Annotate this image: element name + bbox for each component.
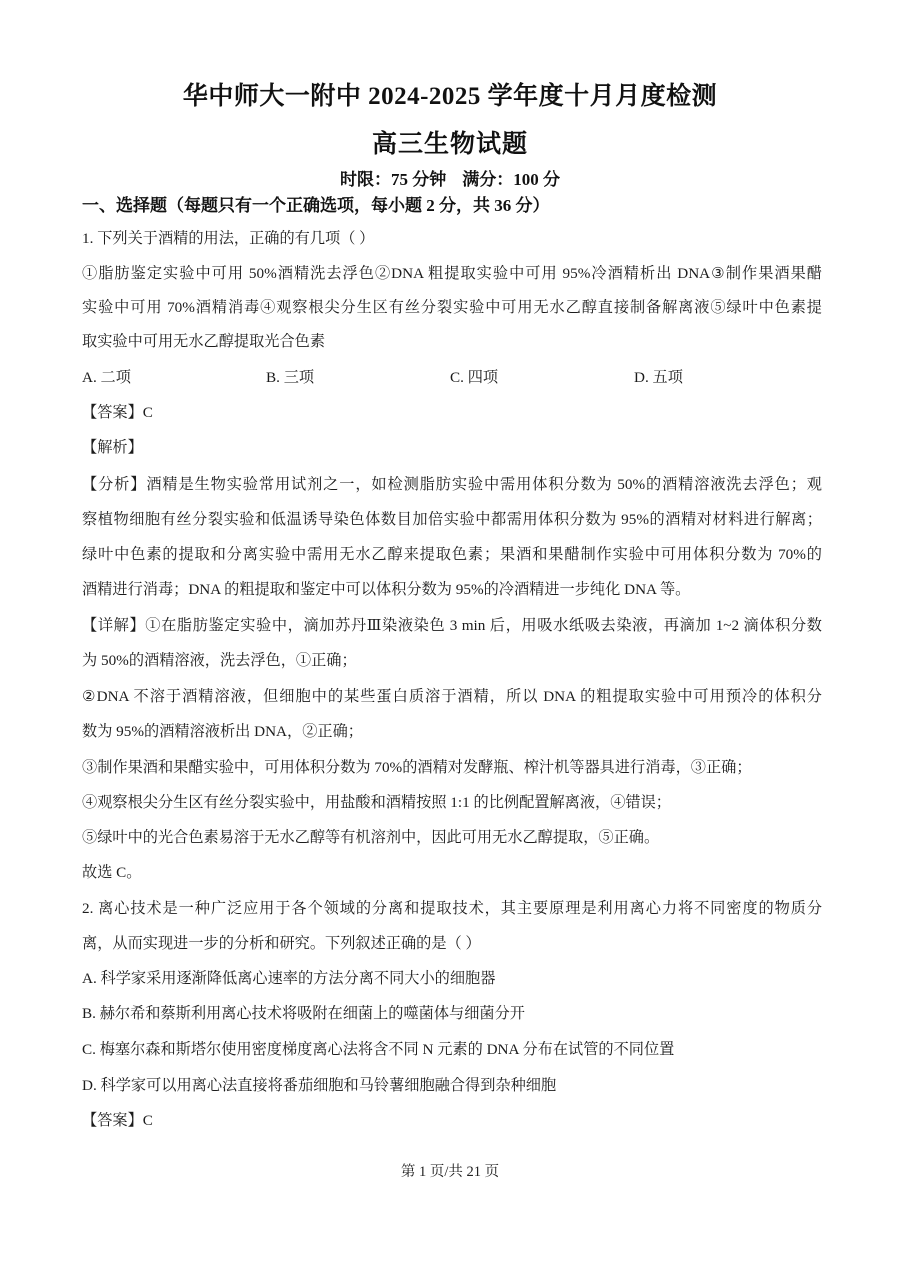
analysis-line: 绿叶中色素的提取和分离实验中需用无水乙醇来提取色素；果酒和果醋制作实验中可用体积… bbox=[82, 545, 822, 565]
option-a: A. 科学家采用逐渐降低离心速率的方法分离不同大小的细胞器 bbox=[82, 969, 822, 989]
option-b: B. 赫尔希和蔡斯利用离心技术将吸附在细菌上的噬菌体与细菌分开 bbox=[82, 1004, 822, 1024]
option-c: C. 梅塞尔森和斯塔尔使用密度梯度离心法将含不同 N 元素的 DNA 分布在试管… bbox=[82, 1040, 822, 1060]
document-subtitle: 高三生物试题 bbox=[0, 124, 900, 160]
detail-line: 【详解】①在脂肪鉴定实验中，滴加苏丹Ⅲ染液染色 3 min 后，用吸水纸吸去染液… bbox=[82, 616, 822, 636]
document-title: 华中师大一附中 2024-2025 学年度十月月度检测 bbox=[0, 76, 900, 112]
analysis-heading: 【解析】 bbox=[82, 438, 822, 458]
detail-line: ②DNA 不溶于酒精溶液，但细胞中的某些蛋白质溶于酒精，所以 DNA 的粗提取实… bbox=[82, 687, 822, 707]
time-limit: 时限：75 分钟 bbox=[340, 170, 446, 189]
question-stem: 2. 离心技术是一种广泛应用于各个领域的分离和提取技术，其主要原理是利用离心力将… bbox=[82, 899, 822, 919]
option-b: B. 三项 bbox=[266, 368, 314, 388]
answer: 【答案】C bbox=[82, 403, 822, 423]
page-footer: 第 1 页/共 21 页 bbox=[0, 1160, 900, 1181]
detail-line: ⑤绿叶中的光合色素易溶于无水乙醇等有机溶剂中，因此可用无水乙醇提取，⑤正确。 bbox=[82, 828, 822, 848]
option-d: D. 科学家可以用离心法直接将番茄细胞和马铃薯细胞融合得到杂种细胞 bbox=[82, 1076, 822, 1096]
analysis-line: 【分析】酒精是生物实验常用试剂之一，如检测脂肪实验中需用体积分数为 50%的酒精… bbox=[82, 475, 822, 495]
question-stem: 离，从而实现进一步的分析和研究。下列叙述正确的是（ ） bbox=[82, 934, 822, 954]
analysis-line: 察植物细胞有丝分裂实验和低温诱导染色体数目加倍实验中都需用体积分数为 95%的酒… bbox=[82, 510, 822, 530]
time-info: 时限：75 分钟满分：100 分 bbox=[0, 165, 900, 190]
full-score: 满分：100 分 bbox=[462, 170, 560, 189]
exam-page: 华中师大一附中 2024-2025 学年度十月月度检测 高三生物试题 时限：75… bbox=[0, 0, 900, 1273]
answer: 【答案】C bbox=[82, 1111, 822, 1131]
analysis-line: 酒精进行消毒；DNA 的粗提取和鉴定中可以体积分数为 95%的冷酒精进一步纯化 … bbox=[82, 580, 822, 600]
section-heading: 一、选择题（每题只有一个正确选项，每小题 2 分，共 36 分） bbox=[82, 196, 822, 216]
conclusion-line: 故选 C。 bbox=[82, 863, 822, 883]
option-a: A. 二项 bbox=[82, 368, 131, 388]
option-c: C. 四项 bbox=[450, 368, 498, 388]
statement-line: 取实验中可用无水乙醇提取光合色素 bbox=[82, 332, 822, 352]
detail-line: ③制作果酒和果醋实验中，可用体积分数为 70%的酒精对发酵瓶、榨汁机等器具进行消… bbox=[82, 758, 822, 778]
statement-line: 实验中可用 70%酒精消毒④观察根尖分生区有丝分裂实验中可用无水乙醇直接制备解离… bbox=[82, 298, 822, 318]
detail-line: 为 50%的酒精溶液，洗去浮色，①正确； bbox=[82, 651, 822, 671]
option-d: D. 五项 bbox=[634, 368, 683, 388]
detail-line: ④观察根尖分生区有丝分裂实验中，用盐酸和酒精按照 1:1 的比例配置解离液，④错… bbox=[82, 793, 822, 813]
question-stem: 1. 下列关于酒精的用法，正确的有几项（ ） bbox=[82, 229, 822, 249]
detail-line: 数为 95%的酒精溶液析出 DNA，②正确； bbox=[82, 722, 822, 742]
statement-line: ①脂肪鉴定实验中可用 50%酒精洗去浮色②DNA 粗提取实验中可用 95%冷酒精… bbox=[82, 264, 822, 284]
